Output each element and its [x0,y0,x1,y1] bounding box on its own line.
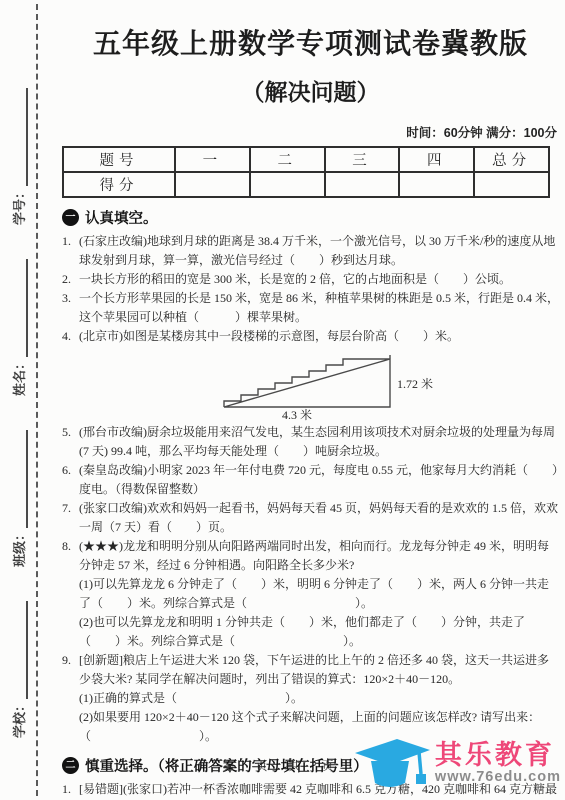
section1-title: 认真填空。 [85,207,158,228]
question-number: 2. [62,270,71,289]
seal-cut-line [36,4,38,796]
student-info-blank-line [13,430,28,528]
question-number: 1. [62,232,71,251]
student-info-field: 班级： [9,430,28,567]
score-blank-cell [175,172,250,197]
stairs-height-label: 1.72 米 [397,375,433,394]
question: 3.一个长方形苹果园的长是 150 米，宽是 86 米，种植苹果树的株距是 0.… [62,289,559,327]
question-text: (1)可以先算龙龙 6 分钟走了（ ）米，明明 6 分钟走了（ ）米，两人 6 … [79,575,559,613]
score-label-cell: 得分 [63,172,175,197]
score-table-header-cell: 题号 [63,147,175,172]
question: 7.(张家口改编)欢欢和妈妈一起看书，妈妈每天看 45 页，妈妈每天看的是欢欢的… [62,499,559,537]
publisher-logo-text: 其乐教育 www.76edu.com [435,741,561,785]
question-number: 6. [62,461,71,480]
score-table-header-cell: 三 [325,147,400,172]
question-text: 一个长方形苹果园的长是 150 米，宽是 86 米，种植苹果树的株距是 0.5 … [79,289,559,327]
question: 1.(石家庄改编)地球到月球的距离是 38.4 万千米，一个激光信号，以 30 … [62,232,559,270]
question: 5.(邢台市改编)厨余垃圾能用来沼气发电，某生态园利用该项技术对厨余垃圾的处理量… [62,423,559,461]
score-table-header-cell: 总分 [474,147,549,172]
question: 2.一块长方形的稻田的宽是 300 米，长是宽的 2 倍，它的占地面积是（ ）公… [62,270,559,289]
question-text: (1)正确的算式是（ ）。 [79,689,559,708]
question-number: 3. [62,289,71,308]
question-text: (2)也可以先算龙龙和明明 1 分钟共走（ ）米，他们都走了（ ）分钟，共走了（… [79,613,559,651]
graduation-cap-icon [353,734,431,792]
publisher-brand-name: 其乐教育 [435,741,555,769]
question-text: (石家庄改编)地球到月球的距离是 38.4 万千米，一个激光信号，以 30 万千… [79,232,559,270]
paper-content: 五年级上册数学专项测试卷冀教版 （解决问题） 时间：60分钟 满分：100分 题… [62,0,559,799]
question-number: 7. [62,499,71,518]
publisher-logo: 其乐教育 www.76edu.com [353,734,561,792]
student-info-strip: 学校： 班级： 姓名： 学号： [0,10,36,790]
question-number: 1. [62,780,71,799]
question-number: 5. [62,423,71,442]
student-info-blank-line [13,601,28,699]
student-info-label: 班级： [9,528,28,567]
student-info-field: 学号： [9,88,28,225]
question: 6.(秦皇岛改编)小明家 2023 年一年付电费 720 元，每度电 0.55 … [62,461,559,499]
student-info-label: 姓名： [9,357,28,396]
publisher-website: www.76edu.com [435,769,561,785]
question-text: (北京市)如图是某楼房其中一段楼梯的示意图，每层台阶高（ ）米。 [79,327,559,346]
question-text: (邢台市改编)厨余垃圾能用来沼气发电，某生态园利用该项技术对厨余垃圾的处理量为每… [79,423,559,461]
student-info-blank-line [13,88,28,186]
question: 4.(北京市)如图是某楼房其中一段楼梯的示意图，每层台阶高（ ）米。 1.72 … [62,327,559,421]
score-blank-cell [325,172,400,197]
question: 8.(★★★)龙龙和明明分别从向阳路两端同时出发，相向而行。龙龙每分钟走 49 … [62,537,559,651]
paper-subtitle: （解决问题） [62,74,559,107]
section1-questions: 1.(石家庄改编)地球到月球的距离是 38.4 万千米，一个激光信号，以 30 … [62,232,559,746]
score-blank-cell [250,172,325,197]
question-number: 4. [62,327,71,346]
student-info-field: 姓名： [9,259,28,396]
score-table-header-cell: 二 [250,147,325,172]
score-table-header-cell: 一 [175,147,250,172]
question-number: 9. [62,651,71,670]
question-number: 8. [62,537,71,556]
paper-title: 五年级上册数学专项测试卷冀教版 [62,22,559,62]
student-info-label: 学校： [9,699,28,738]
student-info-field: 学校： [9,601,28,738]
question-text: (秦皇岛改编)小明家 2023 年一年付电费 720 元，每度电 0.55 元，… [79,461,559,499]
score-blank-cell [474,172,549,197]
score-table-score-row: 得分 [63,172,549,197]
stairs-diagram: 1.72 米 4.3 米 [194,349,444,421]
section1-number-icon: 一 [62,209,79,226]
question-text: 一块长方形的稻田的宽是 300 米，长是宽的 2 倍，它的占地面积是（ ）公顷。 [79,270,559,289]
question-text: (★★★)龙龙和明明分别从向阳路两端同时出发，相向而行。龙龙每分钟走 49 米，… [79,537,559,575]
question-text: (张家口改编)欢欢和妈妈一起看书，妈妈每天看 45 页，妈妈每天看的是欢欢的 1… [79,499,559,537]
score-table-header-row: 题号一二三四总分 [63,147,549,172]
score-blank-cell [399,172,474,197]
question: 9.[创新题]粮店上午运进大米 120 袋，下午运进的比上午的 2 倍还多 40… [62,651,559,746]
student-info-blank-line [13,259,28,357]
question-text: [创新题]粮店上午运进大米 120 袋，下午运进的比上午的 2 倍还多 40 袋… [79,651,559,689]
test-paper-page: 学校： 班级： 姓名： 学号： 五年级上册数学专项测试卷冀教版 （解决问题） 时… [0,0,565,800]
score-table: 题号一二三四总分得分 [62,146,550,198]
score-table-header-cell: 四 [399,147,474,172]
time-score-line: 时间：60分钟 满分：100分 [62,123,557,141]
section1-header: 一 认真填空。 [62,207,559,228]
student-info-label: 学号： [9,186,28,225]
